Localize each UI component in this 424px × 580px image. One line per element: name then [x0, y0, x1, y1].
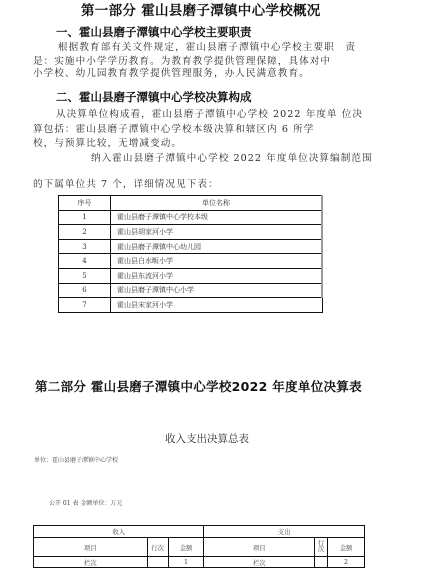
income-header: 收入: [34, 526, 204, 538]
summary-column-header: 项目 行次 金额 项目 行次 金额: [34, 538, 365, 557]
income-rowno-header: 行次: [147, 538, 168, 557]
income-column-no-label: 栏次: [34, 557, 148, 568]
summary-table: 收入 支出 项目 行次 金额 项目 行次 金额 栏次 1 栏次 2: [33, 525, 365, 568]
row-name: 霍山县磨子潭镇中心小学: [111, 283, 323, 298]
row-name: 霍山县胡家河小学: [111, 225, 323, 240]
income-column-no-value: 1: [168, 557, 204, 568]
row-no: 5: [59, 268, 111, 283]
table-row: 2 霍山县胡家河小学: [59, 225, 323, 240]
row-no: 7: [59, 298, 111, 313]
table-row: 4 霍山县白水畈小学: [59, 254, 323, 269]
part2-title: 第二部分 霍山县磨子潭镇中心学校2022 年度单位决算表: [35, 377, 362, 395]
row-name: 霍山县磨子潭镇中心学校本级: [111, 210, 323, 225]
section1-line-3: 小学校、幼儿园教育教学提供管理服务，办人民满意教育。: [33, 67, 310, 80]
part1-title: 第一部分 霍山县磨子潭镇中心学校概况: [81, 0, 321, 19]
section2-line-4: 纳入霍山县磨子潭镇中心学校 2022 年度单位决算编制范围: [91, 152, 373, 165]
expense-amount-header: 金额: [328, 538, 365, 557]
table-row: 6 霍山县磨子潭镇中心小学: [59, 283, 323, 298]
section2-line-3: 校，与预算比较，无增减变动。: [33, 137, 182, 150]
section2-heading: 二、霍山县磨子潭镇中心学校决算构成: [56, 89, 252, 105]
expense-rowno-label: 行次: [318, 541, 325, 553]
section2-line-2: 算包括：霍山县磨子潭镇中心学校本级决算和辖区内 6 所学: [33, 123, 314, 136]
row-name: 霍山县东流河小学: [111, 268, 323, 283]
table-row: 3 霍山县磨子潭镇中心幼儿园: [59, 239, 323, 254]
table-row: 5 霍山县东流河小学: [59, 268, 323, 283]
table-code: 公开 01 表 金额单位：万元: [49, 498, 122, 507]
section1-line-1: 根据教育部有关文件规定，霍山县磨子潭镇中心学校主要职 责: [58, 41, 356, 54]
header-no: 序号: [59, 196, 111, 211]
unit-label: 单位：霍山县磨子潭镇中心学校: [34, 455, 118, 464]
table-row: 7 霍山县宋家河小学: [59, 298, 323, 313]
row-name: 霍山县磨子潭镇中心幼儿园: [111, 239, 323, 254]
row-no: 6: [59, 283, 111, 298]
row-no: 3: [59, 239, 111, 254]
expense-rowno-header: 行次: [315, 538, 328, 557]
expense-header: 支出: [204, 526, 365, 538]
table-row: 栏次 1 栏次 2: [34, 557, 365, 568]
expense-column-no-value: 2: [328, 557, 365, 568]
row-no: 4: [59, 254, 111, 269]
section1-heading: 一、霍山县磨子潭镇中心学校主要职责: [56, 24, 252, 40]
header-name: 单位名称: [111, 196, 323, 211]
units-table-header: 序号 单位名称: [59, 196, 323, 211]
income-item-header: 项目: [34, 538, 148, 557]
table-title: 收入支出决算总表: [165, 431, 249, 446]
section2-line-5: 的下属单位共 7 个，详细情况见下表：: [33, 178, 219, 191]
expense-item-header: 项目: [204, 538, 315, 557]
expense-column-no-label: 栏次: [204, 557, 315, 568]
table-row: 1 霍山县磨子潭镇中心学校本级: [59, 210, 323, 225]
section2-line-1: 从决算单位构成看，霍山县磨子潭镇中心学校 2022 年度单 位决: [56, 108, 363, 121]
income-column-no-rowno: [147, 557, 168, 568]
summary-group-header: 收入 支出: [34, 526, 365, 538]
row-name: 霍山县白水畈小学: [111, 254, 323, 269]
row-no: 1: [59, 210, 111, 225]
row-name: 霍山县宋家河小学: [111, 298, 323, 313]
units-table: 序号 单位名称 1 霍山县磨子潭镇中心学校本级 2 霍山县胡家河小学 3 霍山县…: [58, 195, 323, 313]
expense-column-no-rowno: [315, 557, 328, 568]
row-no: 2: [59, 225, 111, 240]
income-amount-header: 金额: [168, 538, 204, 557]
